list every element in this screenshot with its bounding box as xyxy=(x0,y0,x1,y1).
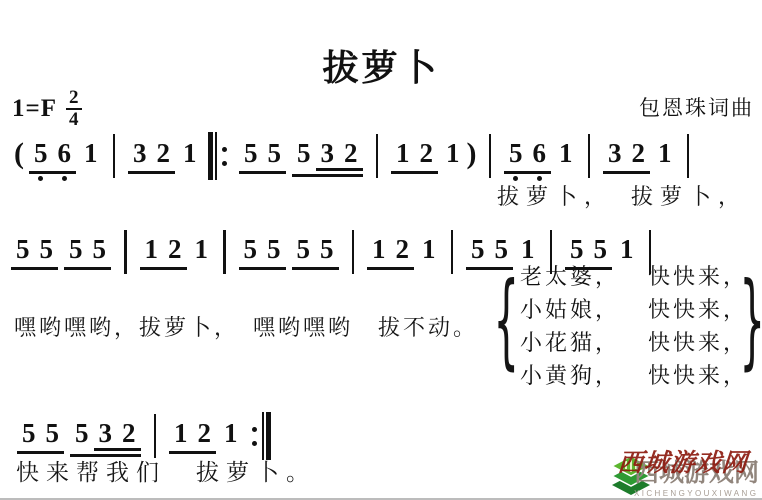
beam-group: 55 xyxy=(11,234,58,270)
note-digit: 5 xyxy=(244,234,258,264)
beam-group: 12 xyxy=(140,234,187,270)
beam-group: 12 xyxy=(169,418,216,454)
note-digit: 1 xyxy=(372,234,386,264)
song-title: 拔萝卜 xyxy=(0,40,762,91)
note: 1 xyxy=(219,418,243,448)
repeat-dot xyxy=(252,427,257,432)
note-digit: 5 xyxy=(297,234,311,264)
note: 5 xyxy=(262,234,286,264)
beam-group: 532 xyxy=(70,418,141,457)
sixteenth-subgroup: 32 xyxy=(316,138,363,171)
thin-barline xyxy=(215,132,218,180)
note: 3 xyxy=(94,418,118,448)
note: 1 xyxy=(441,138,465,168)
note-digit: 5 xyxy=(16,234,30,264)
thick-barline xyxy=(208,132,213,180)
chorus-name: 老太婆， xyxy=(520,264,648,290)
chorus-row: 小姑娘， 快快来， xyxy=(520,297,748,323)
note-digit: 3 xyxy=(608,138,622,168)
chorus-call: 快快来， xyxy=(648,363,748,389)
note: 1 xyxy=(178,138,202,168)
barline xyxy=(489,134,492,178)
note: 5 xyxy=(41,418,65,448)
chorus-call: 快快来， xyxy=(648,264,748,290)
note: 5 xyxy=(70,418,94,448)
repeat-dot xyxy=(252,441,257,446)
note-digit: 5 xyxy=(267,234,281,264)
watermark-pinyin: XICHENGYOUXIWANG xyxy=(634,489,759,498)
note: 2 xyxy=(193,418,217,448)
beam-group: 56 xyxy=(504,138,551,174)
parenthesis: ) xyxy=(465,138,479,170)
beam-group: 55 xyxy=(239,138,286,174)
beam-group: 532 xyxy=(292,138,363,177)
note: 6 xyxy=(53,138,77,168)
beam-group: 55 xyxy=(64,234,111,270)
note-digit: 5 xyxy=(46,418,60,448)
chorus-name: 小姑娘， xyxy=(520,297,648,323)
note: 5 xyxy=(466,234,490,264)
barline xyxy=(154,414,157,458)
note: 6 xyxy=(528,138,552,168)
note: 5 xyxy=(239,138,263,168)
note: 5 xyxy=(504,138,528,168)
note-digit: 1 xyxy=(658,138,672,168)
note-digit: 5 xyxy=(471,234,485,264)
beam-group: 55 xyxy=(239,234,286,270)
right-brace: } xyxy=(739,268,762,372)
beam-group: 32 xyxy=(603,138,650,174)
beam-group: 55 xyxy=(292,234,339,270)
watermark-stylized-name: 西城游戏网 xyxy=(616,443,749,479)
note-digit: 2 xyxy=(168,234,182,264)
note-digit: 3 xyxy=(99,418,113,448)
barline xyxy=(588,134,591,178)
note-digit: 5 xyxy=(570,234,584,264)
chorus-name: 小黄狗， xyxy=(520,363,648,389)
notation-line-1: (56132155532121)561321 xyxy=(12,138,699,180)
note-digit: 5 xyxy=(509,138,523,168)
note-digit: 5 xyxy=(34,138,48,168)
note-digit: 2 xyxy=(632,138,646,168)
note: 5 xyxy=(17,418,41,448)
time-signature-denominator: 4 xyxy=(66,108,82,130)
note: 2 xyxy=(391,234,415,264)
note-digit: 5 xyxy=(594,234,608,264)
repeat-end-sign xyxy=(249,412,272,460)
note: 3 xyxy=(316,138,340,168)
composer-credit: 包恩珠词曲 xyxy=(639,92,754,122)
note-digit: 3 xyxy=(321,138,335,168)
note-digit: 6 xyxy=(533,138,547,168)
key-signature: 1=F 2 4 xyxy=(12,88,82,130)
beam-group: 56 xyxy=(29,138,76,174)
note-digit: 6 xyxy=(58,138,72,168)
barline xyxy=(376,134,379,178)
note: 3 xyxy=(128,138,152,168)
low-octave-dot xyxy=(62,176,67,181)
note-digit: 5 xyxy=(297,138,311,168)
note-digit: 5 xyxy=(75,418,89,448)
note: 2 xyxy=(117,418,141,448)
note-digit: 1 xyxy=(224,418,238,448)
note-digit: 5 xyxy=(268,138,282,168)
note-digit: 5 xyxy=(69,234,83,264)
note: 2 xyxy=(415,138,439,168)
note: 5 xyxy=(263,138,287,168)
note: 2 xyxy=(627,138,651,168)
note-digit: 1 xyxy=(521,234,535,264)
barline xyxy=(687,134,690,178)
note-digit: 5 xyxy=(22,418,36,448)
note-digit: 2 xyxy=(198,418,212,448)
lyrics-line-1: 拔萝卜， 拔萝卜， xyxy=(497,180,747,211)
note-digit: 1 xyxy=(145,234,159,264)
note: 1 xyxy=(190,234,214,264)
time-signature-numerator: 2 xyxy=(66,88,82,108)
note-digit: 5 xyxy=(40,234,54,264)
lyrics-line-2: 嘿哟嘿哟，拔萝卜， 嘿哟嘿哟 拔不动。 xyxy=(14,311,478,342)
note: 1 xyxy=(391,138,415,168)
chorus-row: 小黄狗， 快快来， xyxy=(520,363,748,389)
barline xyxy=(223,230,226,274)
note-digit: 1 xyxy=(422,234,436,264)
note-digit: 2 xyxy=(344,138,358,168)
note: 5 xyxy=(565,234,589,264)
chorus-call: 快快来， xyxy=(648,297,748,323)
note: 5 xyxy=(29,138,53,168)
note: 5 xyxy=(315,234,339,264)
note-digit: 5 xyxy=(320,234,334,264)
sheet-music-page: 拔萝卜 1=F 2 4 包恩珠词曲 (56132155532121)561321… xyxy=(0,0,762,500)
chorus-block: 老太婆， 快快来， 小姑娘， 快快来， 小花猫， 快快来， 小黄狗， 快快来， xyxy=(520,264,748,396)
chorus-call: 快快来， xyxy=(648,330,748,356)
beam-group: 55 xyxy=(17,418,64,454)
repeat-dots xyxy=(222,147,227,166)
barline xyxy=(124,230,127,274)
note-digit: 1 xyxy=(84,138,98,168)
thin-barline xyxy=(262,412,265,460)
note: 1 xyxy=(615,234,639,264)
note-digit: 3 xyxy=(133,138,147,168)
note-digit: 2 xyxy=(157,138,171,168)
note: 1 xyxy=(516,234,540,264)
note: 2 xyxy=(163,234,187,264)
note-digit: 1 xyxy=(620,234,634,264)
left-brace: { xyxy=(493,268,519,372)
time-signature: 2 4 xyxy=(66,88,82,130)
note: 2 xyxy=(339,138,363,168)
lyrics-line-3: 快来帮我们 拔萝卜。 xyxy=(16,454,316,487)
note-digit: 2 xyxy=(122,418,136,448)
note: 1 xyxy=(367,234,391,264)
note-digit: 1 xyxy=(174,418,188,448)
note: 5 xyxy=(11,234,35,264)
beam-group: 12 xyxy=(391,138,438,174)
beam-group: 12 xyxy=(367,234,414,270)
note: 1 xyxy=(417,234,441,264)
note-digit: 1 xyxy=(396,138,410,168)
note: 5 xyxy=(589,234,613,264)
note: 5 xyxy=(88,234,112,264)
note: 5 xyxy=(292,138,316,168)
note-digit: 1 xyxy=(195,234,209,264)
note: 3 xyxy=(603,138,627,168)
note-digit: 1 xyxy=(559,138,573,168)
repeat-dots xyxy=(252,427,257,446)
note-digit: 2 xyxy=(396,234,410,264)
key-text: 1=F xyxy=(12,95,57,123)
note-digit: 5 xyxy=(93,234,107,264)
note-digit: 5 xyxy=(244,138,258,168)
note: 1 xyxy=(140,234,164,264)
low-octave-dot xyxy=(38,176,43,181)
note: 1 xyxy=(554,138,578,168)
barline xyxy=(113,134,116,178)
repeat-dot xyxy=(222,147,227,152)
repeat-start-sign xyxy=(208,132,231,180)
note: 2 xyxy=(152,138,176,168)
note: 5 xyxy=(64,234,88,264)
thick-barline xyxy=(266,412,271,460)
beam-group: 32 xyxy=(128,138,175,174)
barline xyxy=(451,230,454,274)
note-digit: 1 xyxy=(446,138,460,168)
note-digit: 1 xyxy=(183,138,197,168)
chorus-row: 小花猫， 快快来， xyxy=(520,330,748,356)
barline xyxy=(352,230,355,274)
note: 5 xyxy=(239,234,263,264)
note: 5 xyxy=(292,234,316,264)
chorus-name: 小花猫， xyxy=(520,330,648,356)
note: 1 xyxy=(79,138,103,168)
note: 5 xyxy=(35,234,59,264)
note: 1 xyxy=(169,418,193,448)
site-watermark: 西城游戏网 XICHENGYOUXIWANG 西城游戏网 xyxy=(610,438,762,500)
chorus-row: 老太婆， 快快来， xyxy=(520,264,748,290)
note: 1 xyxy=(653,138,677,168)
parenthesis: ( xyxy=(12,138,26,170)
repeat-dot xyxy=(222,161,227,166)
sixteenth-subgroup: 32 xyxy=(94,418,141,451)
note-digit: 2 xyxy=(420,138,434,168)
